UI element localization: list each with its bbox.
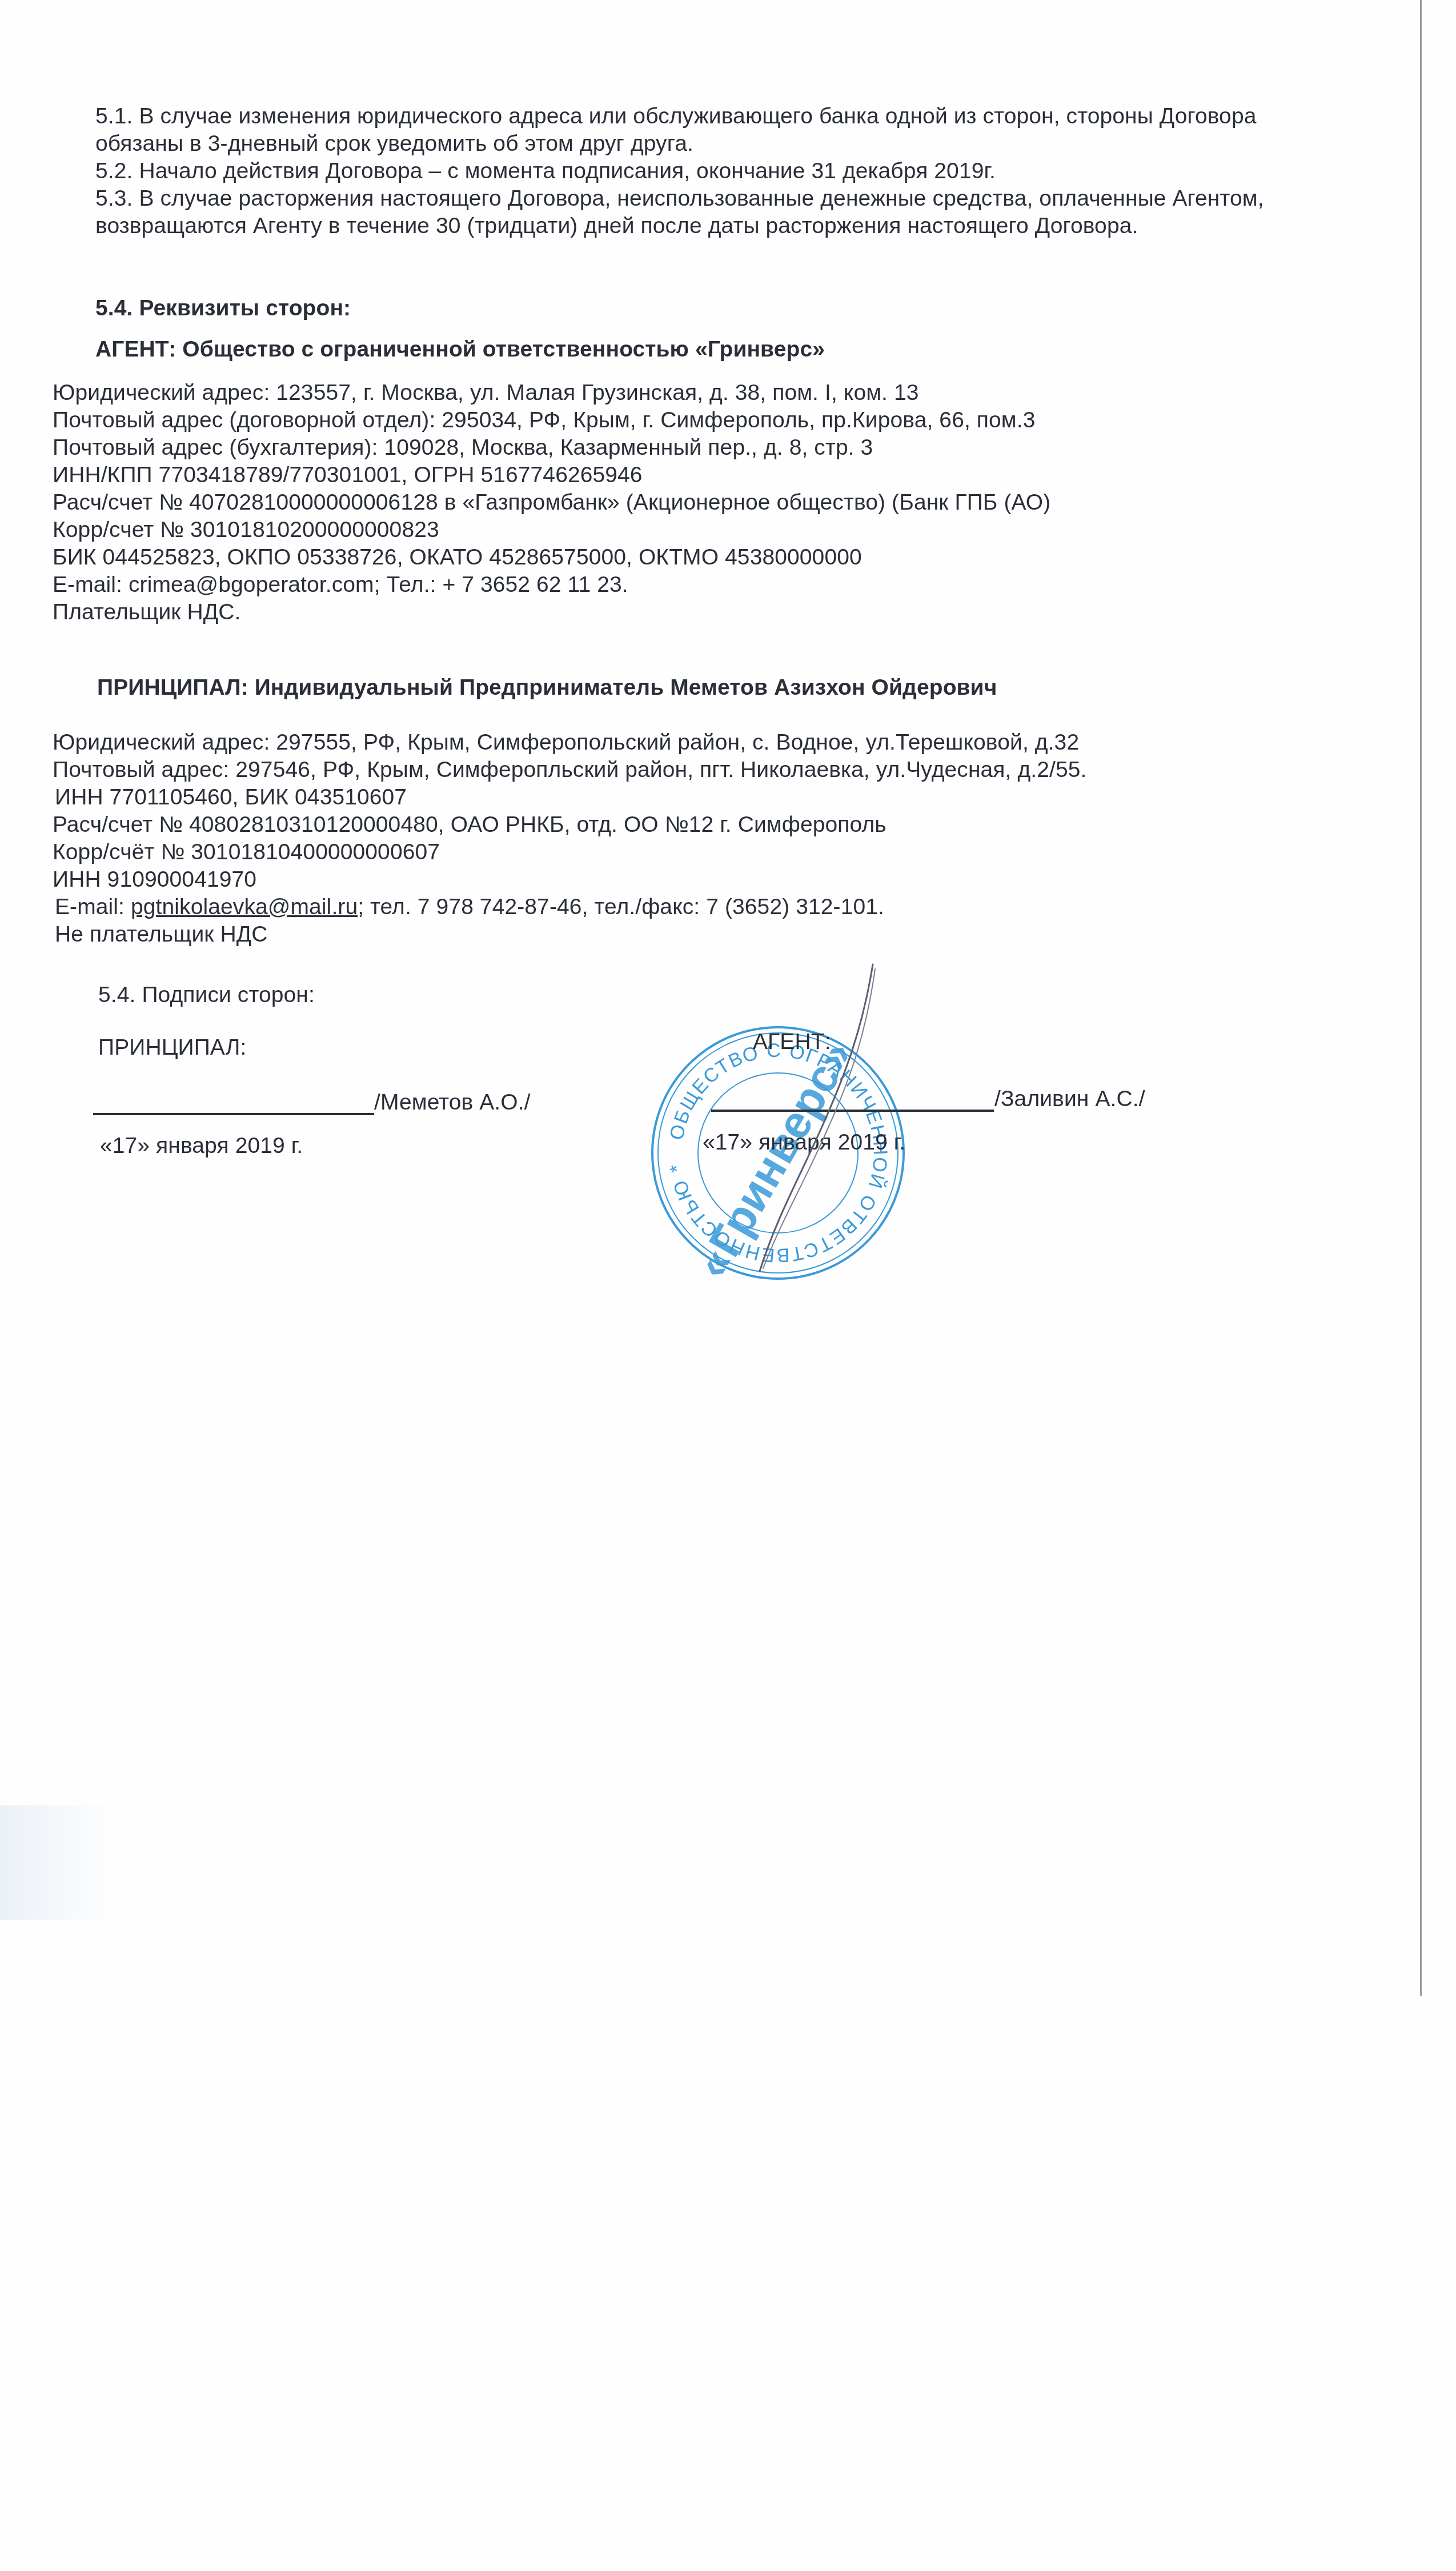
principal-line: ИНН 7701105460, БИК 043510607 xyxy=(55,784,407,811)
clause-line: возвращаются Агенту в течение 30 (тридца… xyxy=(95,213,1138,240)
phone-text: ; тел. 7 978 742-87-46, тел./факс: 7 (36… xyxy=(358,895,884,919)
principal-line: ИНН 910900041970 xyxy=(53,866,256,894)
signatures-heading: 5.4. Подписи сторон: xyxy=(98,982,315,1009)
email-label: E-mail: xyxy=(55,895,131,919)
principal-signature-label: ПРИНЦИПАЛ: xyxy=(98,1034,246,1062)
agent-line: Корр/счет № 30101810200000000823 xyxy=(53,516,439,544)
principal-signatory-name: /Меметов А.О./ xyxy=(374,1089,531,1116)
principal-line: Расч/счет № 40802810310120000480, ОАО РН… xyxy=(53,811,887,839)
agent-line: Расч/счет № 40702810000000006128 в «Газп… xyxy=(53,489,1050,516)
agent-line: БИК 044525823, ОКПО 05338726, ОКАТО 4528… xyxy=(53,544,862,571)
agent-line: Почтовый адрес (договорной отдел): 29503… xyxy=(53,407,1035,434)
requisites-heading: 5.4. Реквизиты сторон: xyxy=(95,295,351,322)
agent-line: Юридический адрес: 123557, г. Москва, ул… xyxy=(53,379,919,407)
page-edge-rule xyxy=(1420,0,1422,1996)
principal-signature-date: «17» января 2019 г. xyxy=(100,1132,303,1160)
principal-line: Почтовый адрес: 297546, РФ, Крым, Симфер… xyxy=(53,756,1086,784)
agent-line: Плательщик НДС. xyxy=(53,599,240,626)
agent-line: ИНН/КПП 7703418789/770301001, ОГРН 51677… xyxy=(53,462,643,489)
principal-vat-status: Не плательщик НДС xyxy=(55,921,268,948)
clause-line: 5.1. В случае изменения юридического адр… xyxy=(95,103,1257,130)
principal-signature-line xyxy=(93,1113,374,1115)
handwritten-signature xyxy=(691,960,885,1280)
clause-line: обязаны в 3-дневный срок уведомить об эт… xyxy=(95,130,693,158)
agent-heading: АГЕНТ: Общество с ограниченной ответстве… xyxy=(95,336,825,363)
principal-line: Юридический адрес: 297555, РФ, Крым, Сим… xyxy=(53,729,1079,756)
scan-artifact xyxy=(0,1805,114,1920)
clause-line: 5.2. Начало действия Договора – с момент… xyxy=(95,158,996,185)
agent-line: E-mail: crimea@bgoperator.com; Тел.: + 7… xyxy=(53,571,628,599)
principal-line: Корр/счёт № 30101810400000000607 xyxy=(53,839,440,866)
clause-line: 5.3. В случае расторжения настоящего Дог… xyxy=(95,185,1264,213)
agent-line: Почтовый адрес (бухгалтерия): 109028, Мо… xyxy=(53,434,873,462)
principal-heading: ПРИНЦИПАЛ: Индивидуальный Предпринимател… xyxy=(97,674,997,702)
agent-signatory-name: /Заливин А.С./ xyxy=(994,1086,1145,1113)
principal-email-link[interactable]: pgtnikolaevka@mail.ru xyxy=(131,895,358,919)
principal-contacts: E-mail: pgtnikolaevka@mail.ru; тел. 7 97… xyxy=(55,894,884,921)
